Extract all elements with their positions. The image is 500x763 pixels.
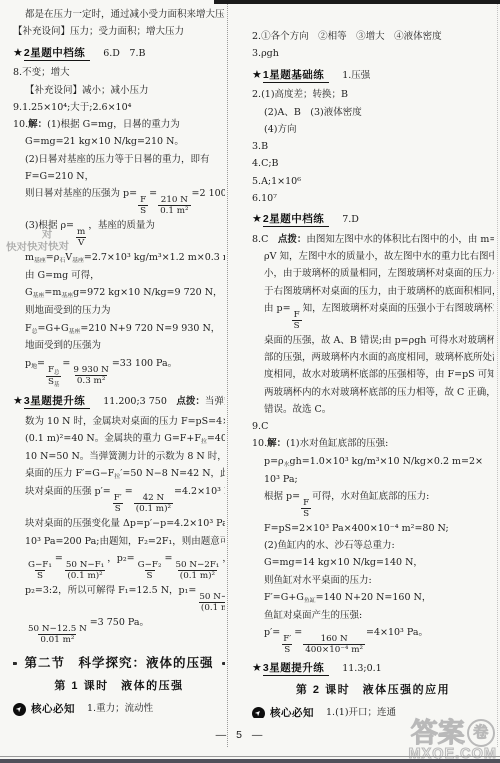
fraction: 50 N−F₁(0.1 m)² (64, 560, 106, 581)
answer-key-page: 对 快对快对快对 都是在压力一定时，通过减小受力面积来增大压强的。【补充设问】压… (0, 0, 500, 763)
answer-line: p=ρ水gh=1.0×10³ kg/m³×10 N/kg×0.2 m=2× (252, 455, 494, 470)
right-column: 2.①各个方向 ②相等 ③增大 ④液体密度3.ρgh★1星题基础练1.压强2.(… (252, 8, 494, 718)
fraction: 210 N0.1 m² (158, 195, 190, 216)
star-icon: ★ (252, 69, 262, 81)
answer-line: 10³ Pa; (252, 473, 494, 487)
answer-line: 块对桌面的压强 p′=F′S=42 N(0.1 m)²=4.2×10³ Pa，金… (13, 485, 225, 514)
answer-line: 3.ρgh (252, 47, 494, 61)
answer-line: 9.C (252, 420, 494, 434)
answer-line: (2)日晷对基座的压力等于日晷的重力，即有 (13, 153, 225, 167)
answer-line: F=pS=2×10³ Pa×400×10⁻⁴ m²=80 N; (252, 522, 494, 536)
section-title-text: 第二节 科学探究：液体的压强 (25, 654, 214, 673)
star-icon: ★ (13, 47, 23, 59)
page-number: —5— (0, 729, 480, 741)
star-rated-header: ★1星题基础练1.压强 (252, 67, 494, 84)
star-icon: ★ (13, 395, 23, 407)
answer-line: 鱼缸对桌面产生的压强: (252, 609, 494, 623)
star-rated-header: ★2星题中档练6.D 7.B (13, 45, 225, 62)
answer-line: 由 p=FS知，左图玻璃杯对桌面的压强小于右图玻璃杯对 (252, 302, 494, 331)
answer-line: G=mg=14 kg×10 N/kg=140 N， (252, 556, 494, 570)
column-divider (227, 4, 228, 747)
answer-line: 4.C;B (252, 157, 494, 171)
answer-line: 根据 p=FS可得，水对鱼缸底部的压力: (252, 490, 494, 519)
answer-line: 10.解：(1)根据 G=mg，日晷的重力为 (13, 118, 225, 132)
header-answers: 11.200;3 750 点拨：当弹簧测力计示 (103, 396, 225, 407)
core-knowledge-row: ➤核心必知1.(1)开口；连通 (252, 706, 494, 718)
page-edge-line (497, 4, 498, 747)
answer-line: 数为 10 N 时，金属块对桌面的压力 F=pS=4×10³ Pa× (13, 415, 225, 429)
answer-line: 9.1.25×10⁴;大于;2.6×10⁴ (13, 101, 225, 115)
answer-line: 6.10⁷ (252, 192, 494, 206)
section-title: 第二节 科学探究：液体的压强 (13, 654, 225, 673)
answer-line: 则鱼缸对水平桌面的压力: (252, 574, 494, 588)
lesson-title: 第 2 课时 液体压强的应用 (252, 682, 494, 699)
header-title: 3星题提升练 (24, 395, 90, 409)
star-icon: ★ (252, 213, 262, 225)
answer-line: 50 N−12.5 N0.01 m²=3 750 Pa。 (13, 616, 225, 645)
answer-line: 10 N=50 N。当弹簧测力计的示数为 8 N 时，金属块对 (13, 450, 225, 464)
answer-line: 则日晷对基座的压强为 p=FS=210 N0.1 m²=2 100 Pa。 (13, 187, 225, 216)
footer-dash: — (252, 729, 265, 741)
arrow-badge-icon: ➤ (13, 700, 29, 718)
answer-line: p₂=3:2，所以可解得 F₁=12.5 N，p₁=50 N−F₁(0.1 m)… (13, 584, 225, 613)
answer-line: 【补充设问】减小；减小压力 (13, 84, 225, 98)
answer-line: 2.(1)高度差；转换；B (252, 88, 494, 102)
star-rated-header: ★3星题提升练11.3;0.1 (252, 660, 494, 677)
scan-top-bar (214, 0, 500, 4)
answer-line: 度相同，故水对玻璃杯底部的压强相等，由 F=pS 可知， (252, 368, 494, 382)
fraction: 9 930 N0.3 m² (71, 365, 110, 386)
answer-line: ρV 知，左图中水的质量小，故左图中水的重力比右图中的 (252, 250, 494, 264)
answer-line: 于右图玻璃杯对桌面的压力，由于玻璃杯的底面积相同， (252, 285, 494, 299)
page-number-value: 5 (236, 729, 244, 741)
scan-bottom-bar (0, 759, 500, 763)
header-answers: 1.压强 (342, 70, 370, 81)
header-title: 2星题中档练 (263, 213, 329, 227)
fraction: 50 N−12.5 N0.01 m² (26, 624, 89, 645)
star-rated-header: ★3星题提升练11.200;3 750 点拨：当弹簧测力计示 (13, 393, 225, 410)
answer-line: 桌面的压强，故 A、B 错误;由 p=ρgh 可得水对玻璃杯底 (252, 334, 494, 348)
answer-line: 部的压强，两玻璃杯内水面的高度相同，玻璃杯底所处深 (252, 351, 494, 365)
header-answers: 7.D (342, 214, 359, 225)
fraction: F′S (281, 634, 293, 655)
answer-line: 由 G=mg 可得， (13, 269, 225, 283)
core-knowledge-row: ➤核心必知1.重力；流动性 (13, 702, 225, 718)
fraction: 50 N−F₁(0.1 m)² (197, 592, 225, 613)
fraction: 160 N400×10⁻⁴ m² (303, 634, 365, 655)
fraction: 50 N−2F₁(0.1 m)² (173, 560, 221, 581)
answer-line: 2.①各个方向 ②相等 ③增大 ④液体密度 (252, 30, 494, 44)
answer-line: G=mg=21 kg×10 N/kg=210 N。 (13, 135, 225, 149)
core-answers: 1.重力；流动性 (87, 702, 153, 716)
fraction: FS (292, 310, 302, 331)
answer-line: G−F₁S=50 N−F₁(0.1 m)²，p₂=G−F₂S=50 N−2F₁(… (13, 552, 225, 581)
header-title: 2星题中档练 (24, 47, 90, 61)
answer-line: 则地面受到的压力为 (13, 304, 225, 318)
header-title: 1星题基础练 (263, 69, 329, 83)
answer-line: 都是在压力一定时，通过减小受力面积来增大压强的。 (13, 8, 225, 22)
fraction: G−F₁S (26, 560, 54, 581)
arrow-badge-icon: ➤ (252, 704, 268, 718)
answer-line: (4)方向 (252, 123, 494, 137)
fraction: F′S (112, 493, 124, 514)
answer-line: p地=F总S基=9 930 N0.3 m²=33 100 Pa。 (13, 357, 225, 388)
answer-line: F=G=210 N， (13, 170, 225, 184)
answer-line: 5.A;1×10⁶ (252, 175, 494, 189)
header-answers: 11.3;0.1 (342, 663, 381, 674)
answer-line: F总=G+G基座=210 N+9 720 N=9 930 N， (13, 322, 225, 337)
star-icon: ★ (252, 662, 262, 674)
fraction: G−F₂S (136, 560, 164, 581)
scan-bottom-line (0, 756, 500, 757)
answer-line: G基座=m基座g=972 kg×10 N/kg=9 720 N， (13, 286, 225, 301)
answer-line: (3)根据 ρ=mV，基座的质量为 (13, 219, 225, 248)
answer-line: p′=F′S=160 N400×10⁻⁴ m²=4×10³ Pa。 (252, 626, 494, 655)
fraction: mV (75, 227, 87, 248)
lesson-title: 第 1 课时 液体的压强 (13, 678, 225, 695)
fraction: FS (301, 498, 311, 519)
answer-line: (0.1 m)²=40 N。金属块的重力 G=F+F拉=40 N+ (13, 432, 225, 447)
answer-line: 【补充设问】压力；受力面积；增大压力 (13, 25, 225, 39)
answer-line: 10³ Pa=200 Pa;由题知，F₂=2F₁，则由题意可得:p₁= (13, 535, 225, 549)
header-title: 3星题提升练 (263, 662, 329, 676)
left-column: 都是在压力一定时，通过减小受力面积来增大压强的。【补充设问】压力；受力面积；增大… (13, 8, 225, 723)
decorative-bar (13, 662, 17, 665)
answer-line: 3.B (252, 140, 494, 154)
answer-line: (2)鱼缸内的水、沙石等总重力: (252, 539, 494, 553)
answer-line: (2)A、B (3)液体密度 (252, 106, 494, 120)
answer-line: 8.C 点拨：由图知左图中水的体积比右图中的小，由 m= (252, 233, 494, 247)
star-rated-header: ★2星题中档练7.D (252, 211, 494, 228)
answer-line: 两玻璃杯内的水对玻璃杯底部的压力相等，故 C 正确，D (252, 386, 494, 400)
answer-line: 10.解：(1)水对鱼缸底部的压强: (252, 437, 494, 451)
answer-line: m基座=ρ石V基座=2.7×10³ kg/m³×1.2 m×0.3 m²=972… (13, 251, 225, 266)
answer-line: 地面受到的压强为 (13, 339, 225, 353)
answer-line: 块对桌面的压强变化量 Δp=p′−p=4.2×10³ Pa−4× (13, 517, 225, 531)
answer-line: F′=G+G鱼缸=140 N+20 N=160 N， (252, 591, 494, 606)
fraction: 42 N(0.1 m)² (134, 493, 173, 514)
header-answers: 6.D 7.B (103, 48, 145, 59)
footer-dash: — (216, 729, 229, 741)
fraction: F总S基 (46, 365, 61, 388)
core-answers: 1.(1)开口；连通 (326, 706, 396, 718)
core-label: 核心必知 (270, 706, 314, 718)
decorative-bar (222, 662, 225, 665)
core-label: 核心必知 (31, 702, 75, 718)
answer-line: 小，由于玻璃杯的质量相同，左图玻璃杯对桌面的压力小 (252, 267, 494, 281)
fraction: FS (138, 195, 148, 216)
answer-line: 错误。故选 C。 (252, 403, 494, 417)
answer-line: 8.不变；增大 (13, 66, 225, 80)
answer-line: 桌面的压力 F′=G−F拉′=50 N−8 N=42 N，此时金属 (13, 467, 225, 482)
